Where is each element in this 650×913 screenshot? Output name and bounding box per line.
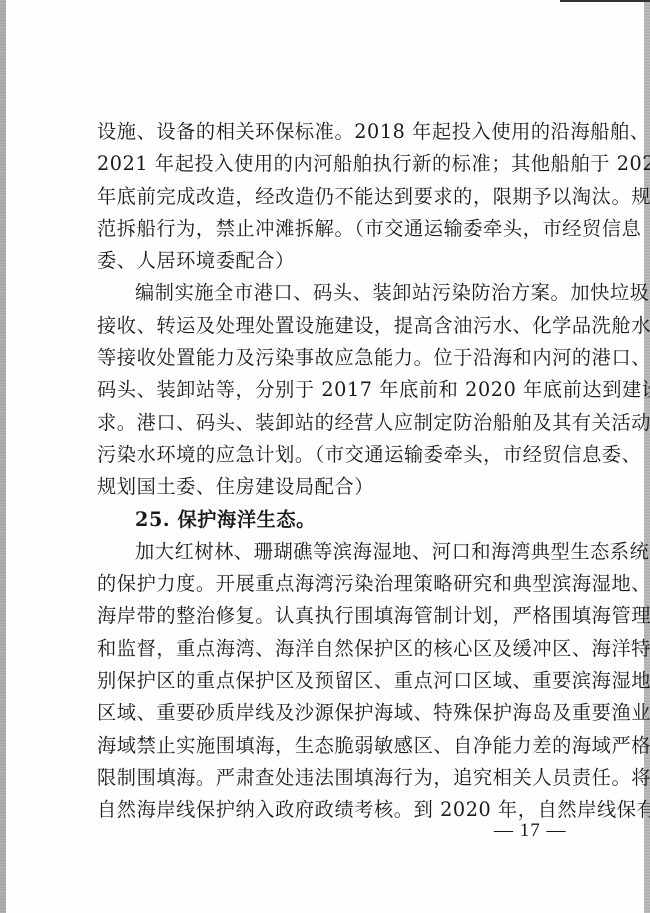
text-line: 限制围填海。严肃查处违法围填海行为，追究相关人员责任。将: [97, 762, 579, 794]
document-page: 设施、设备的相关环保标准。2018 年起投入使用的沿海船舶、 2021 年起投入…: [0, 0, 650, 913]
text-line: 接收、转运及处理处置设施建设，提高含油污水、化学品洗舱水: [97, 310, 579, 342]
page-number: — 17 —: [494, 820, 567, 842]
text-line: 规划国土委、住房建设局配合）: [97, 471, 579, 503]
text-line: 码头、装卸站等，分别于 2017 年底前和 2020 年底前达到建设要: [97, 374, 579, 406]
text-line: 设施、设备的相关环保标准。2018 年起投入使用的沿海船舶、: [97, 116, 579, 148]
scan-edge-top: [560, 0, 650, 2]
scan-edge-left: [0, 0, 6, 913]
text-line: 求。港口、码头、装卸站的经营人应制定防治船舶及其有关活动: [97, 407, 579, 439]
text-line: 委、人居环境委配合）: [97, 245, 579, 277]
text-line: 海岸带的整治修复。认真执行围填海管制计划，严格围填海管理: [97, 600, 579, 632]
text-line: 和监督，重点海湾、海洋自然保护区的核心区及缓冲区、海洋特: [97, 633, 579, 665]
text-line: 加大红树林、珊瑚礁等滨海湿地、河口和海湾典型生态系统: [97, 536, 579, 568]
text-line: 年底前完成改造，经改造仍不能达到要求的，限期予以淘汰。规: [97, 181, 579, 213]
text-line: 编制实施全市港口、码头、装卸站污染防治方案。加快垃圾: [97, 277, 579, 309]
text-line: 别保护区的重点保护区及预留区、重点河口区域、重要滨海湿地: [97, 665, 579, 697]
text-line: 范拆船行为，禁止冲滩拆解。（市交通运输委牵头，市经贸信息: [97, 213, 579, 245]
text-line: 2021 年起投入使用的内河船舶执行新的标准；其他船舶于 2020: [97, 148, 579, 180]
text-line: 海域禁止实施围填海，生态脆弱敏感区、自净能力差的海域严格: [97, 730, 579, 762]
text-line: 等接收处置能力及污染事故应急能力。位于沿海和内河的港口、: [97, 342, 579, 374]
section-heading: 25. 保护海洋生态。: [97, 504, 579, 536]
text-line: 区域、重要砂质岸线及沙源保护海域、特殊保护海岛及重要渔业: [97, 697, 579, 729]
text-line: 的保护力度。开展重点海湾污染治理策略研究和典型滨海湿地、: [97, 568, 579, 600]
body-text: 设施、设备的相关环保标准。2018 年起投入使用的沿海船舶、 2021 年起投入…: [97, 116, 579, 827]
text-line: 污染水环境的应急计划。（市交通运输委牵头，市经贸信息委、: [97, 439, 579, 471]
